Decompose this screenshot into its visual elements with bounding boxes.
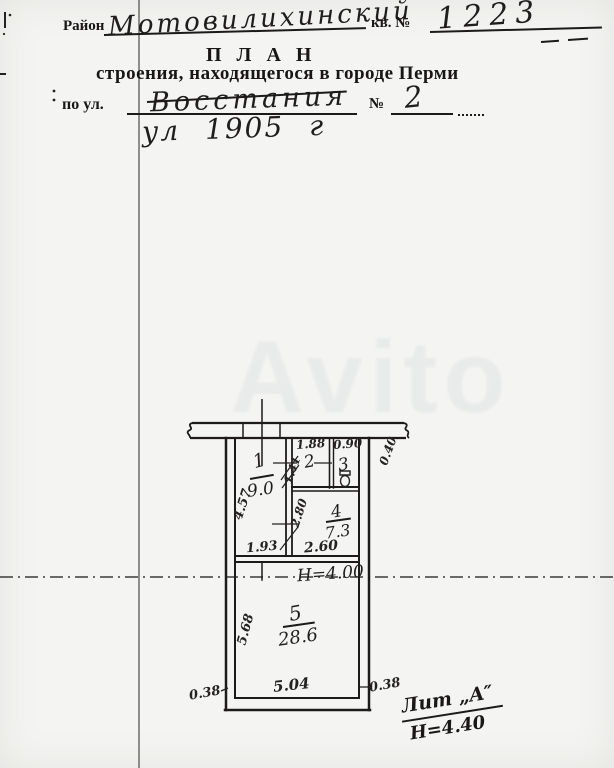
quarter-label: кв. № [371, 15, 410, 32]
scan-artifact [0, 12, 55, 101]
room5-bottom-dimension: 5.04 [272, 674, 310, 696]
house-number-label: № [369, 96, 384, 113]
district-label: Район [63, 18, 104, 35]
room3-top-dimension: 0.90 [333, 436, 363, 452]
street-new-value: ул 1905 г [141, 109, 325, 148]
scanned-plan-page: Avito [0, 0, 614, 768]
house-number-value: 2 [402, 79, 424, 115]
street-label: по ул. [62, 96, 104, 114]
dotted-line [458, 114, 484, 118]
house-number-underline [391, 113, 453, 115]
room4-bottom-dimension: 2.60 [303, 538, 338, 557]
room1-bottom-dimension: 1.93 [245, 539, 278, 557]
